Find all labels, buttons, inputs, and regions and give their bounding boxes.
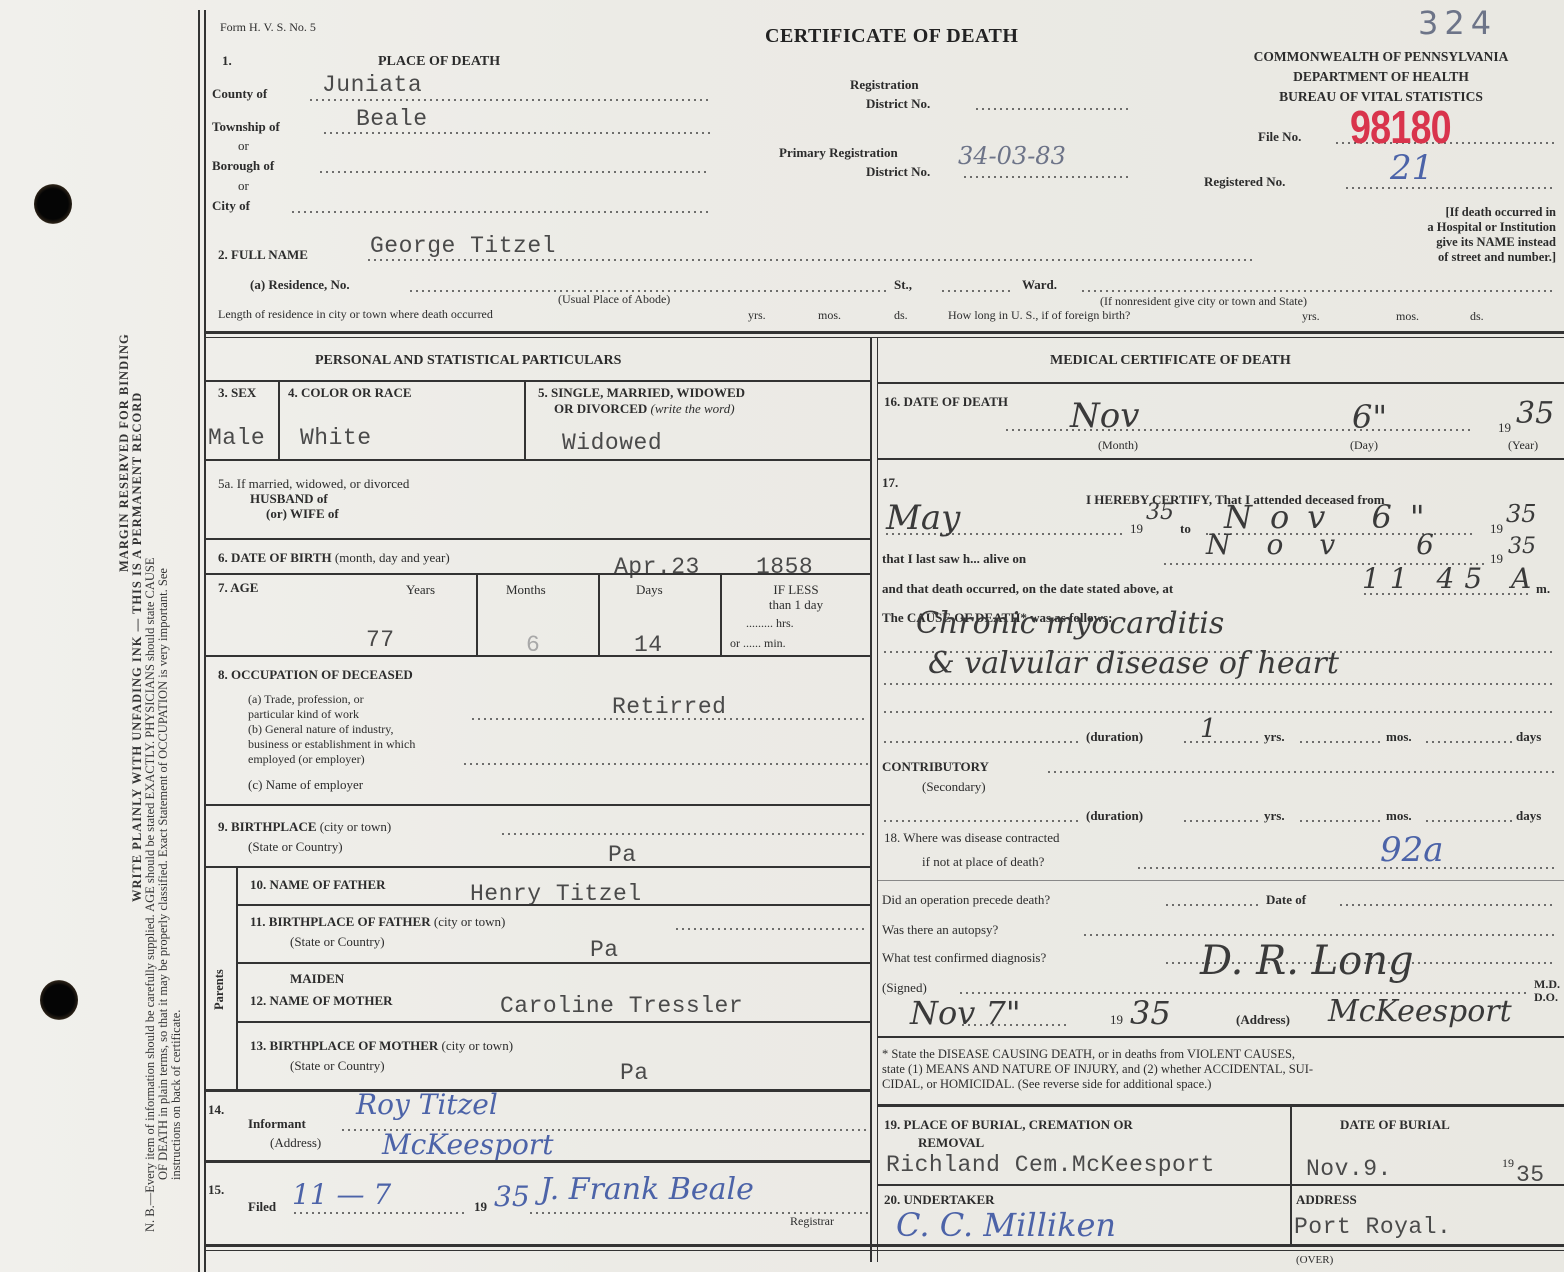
burial-place-value: Richland Cem.McKeesport <box>886 1152 1215 1178</box>
burial-date-value: Nov.9. <box>1306 1156 1392 1182</box>
usual-place-label: (Usual Place of Abode) <box>558 292 670 307</box>
attended-from-value: May <box>886 498 960 538</box>
informant-name-value: Roy Titzel <box>356 1088 498 1121</box>
father-birthplace-label-text: 11. BIRTHPLACE OF FATHER <box>250 914 431 929</box>
ward-label: Ward. <box>1022 277 1057 293</box>
registrar-label: Registrar <box>790 1214 834 1229</box>
attended-to-year-prefix: 19 <box>1490 521 1503 537</box>
contributory-dotted-line <box>1046 771 1554 773</box>
row-divider <box>206 538 870 540</box>
death-year-value: 35 <box>1516 396 1554 431</box>
cell-divider <box>524 382 526 460</box>
signed-date-value: Nov 7" <box>910 994 1021 1032</box>
age-label: 7. AGE <box>218 580 258 596</box>
hospital-note-line: of street and number.] <box>1352 250 1556 265</box>
age-years-value: 77 <box>366 627 395 653</box>
marital-label-divorced: OR DIVORCED <box>554 401 647 416</box>
burial-year-prefix: 19 <box>1502 1156 1514 1171</box>
birthplace-label: 9. BIRTHPLACE (city or town) <box>218 819 391 835</box>
binding-hole-bottom <box>40 980 78 1020</box>
filed-year-prefix: 19 <box>474 1199 487 1215</box>
hospital-note-line: give its NAME instead <box>1352 235 1556 250</box>
occupation-sublabels: (a) Trade, profession, or particular kin… <box>248 692 415 767</box>
file-no-label: File No. <box>1258 129 1301 145</box>
sex-label: 3. SEX <box>218 385 256 401</box>
file-no-stamp: 98180 <box>1350 100 1451 154</box>
row-divider <box>206 866 870 868</box>
residence-mos-label: mos. <box>818 308 841 323</box>
death-month-value: Nov <box>1070 396 1139 436</box>
duration-dotted-line <box>882 741 1082 743</box>
year-label: (Year) <box>1508 438 1538 453</box>
disease-contracted-dotted-line <box>1136 867 1554 869</box>
row-divider <box>236 904 870 906</box>
undertaker-address-label: ADDRESS <box>1296 1192 1357 1208</box>
row-divider <box>878 458 1564 460</box>
if-less-line-2: than 1 day <box>722 597 870 612</box>
contributory-label: CONTRIBUTORY <box>882 759 989 775</box>
mother-name-label: 12. NAME OF MOTHER <box>250 993 393 1009</box>
registrar-signature: J. Frank Beale <box>540 1172 754 1207</box>
secondary-days-label: days <box>1516 808 1541 824</box>
parents-divider <box>236 868 238 1090</box>
row-divider <box>878 1184 1564 1186</box>
agency-commonwealth: COMMONWEALTH OF PENNSYLVANIA <box>1206 47 1556 67</box>
cause-line-2: & valvular disease of heart <box>928 646 1339 681</box>
race-value: White <box>300 425 372 451</box>
test-label: What test confirmed diagnosis? <box>882 950 1046 966</box>
father-name-label: 10. NAME OF FATHER <box>250 877 386 893</box>
duration-mos-dotted-line <box>1298 741 1382 743</box>
personal-heading: PERSONAL AND STATISTICAL PARTICULARS <box>315 353 621 369</box>
mother-birthplace-value: Pa <box>620 1060 649 1086</box>
medical-heading: MEDICAL CERTIFICATE OF DEATH <box>1050 353 1291 369</box>
footnote-line: CIDAL, or HOMICIDAL. (See reverse side f… <box>882 1077 1313 1092</box>
residence-ds-label: ds. <box>894 308 908 323</box>
registered-no-label: Registered No. <box>1204 174 1285 190</box>
informant-label: Informant <box>248 1116 306 1132</box>
hrs-label: ......... hrs. <box>746 616 794 631</box>
date-of-death-label: 16. DATE OF DEATH <box>884 394 1008 410</box>
dob-label: 6. DATE OF BIRTH (month, day and year) <box>218 550 450 566</box>
spouse-label-husband: HUSBAND of <box>218 491 409 506</box>
signed-year-prefix: 19 <box>1110 1012 1123 1028</box>
or-label-1: or <box>238 138 249 154</box>
section-divider <box>206 331 1564 334</box>
primary-registration-label: Primary Registration <box>779 145 898 161</box>
residence-yrs-label: yrs. <box>748 308 766 323</box>
form-number: Form H. V. S. No. 5 <box>220 20 316 35</box>
dob-hint: (month, day and year) <box>335 550 450 565</box>
registered-no-dotted-line <box>1344 187 1556 189</box>
occ-b-line-3: employed (or employer) <box>248 752 415 767</box>
occupation-value: Retirred <box>612 694 726 720</box>
over-label: (OVER) <box>1296 1254 1333 1266</box>
street-dotted-line <box>940 290 1014 292</box>
attended-from-year: 35 <box>1146 500 1174 525</box>
township-value: Beale <box>356 106 428 132</box>
secondary-mos-dotted-line <box>1298 820 1382 822</box>
row-divider <box>878 1104 1564 1107</box>
if-less-label: IF LESS than 1 day <box>722 582 870 612</box>
primary-district-no-label: District No. <box>866 164 930 180</box>
registration-label: Registration <box>850 77 919 93</box>
mos-label: mos. <box>1386 729 1412 745</box>
informant-address-value: McKeesport <box>382 1128 553 1161</box>
document-title: CERTIFICATE OF DEATH <box>765 25 1018 48</box>
footnote-line: * State the DISEASE CAUSING DEATH, or in… <box>882 1047 1313 1062</box>
maiden-label: MAIDEN <box>290 971 344 987</box>
primary-district-dotted-line <box>962 176 1130 178</box>
item-17-number: 17. <box>882 475 898 491</box>
if-less-line-1: IF LESS <box>722 582 870 597</box>
m-label: m. <box>1536 581 1550 597</box>
secondary-duration-dotted-line <box>882 820 1082 822</box>
agency-block: COMMONWEALTH OF PENNSYLVANIA DEPARTMENT … <box>1206 47 1556 107</box>
attended-from-year-prefix: 19 <box>1130 521 1143 537</box>
hospital-note-line: [If death occurred in <box>1352 205 1556 220</box>
city-dotted-line <box>290 211 710 213</box>
birthplace-state-label: (State or Country) <box>248 839 343 855</box>
district-dotted-line <box>974 108 1130 110</box>
center-divider <box>877 337 878 1262</box>
row-divider <box>236 962 870 964</box>
mother-name-value: Caroline Tressler <box>500 993 743 1019</box>
township-dotted-line <box>322 132 710 134</box>
industry-dotted-line <box>462 763 868 765</box>
autopsy-dotted-line <box>1082 934 1554 936</box>
borough-label: Borough of <box>212 158 274 174</box>
birthplace-value: Pa <box>608 842 637 868</box>
occ-a-line-1: (a) Trade, profession, or <box>248 692 415 707</box>
spouse-label-line: 5a. If married, widowed, or divorced <box>218 476 409 491</box>
primary-district-value: 34-03-83 <box>958 142 1066 170</box>
burial-cell-divider <box>1290 1107 1292 1244</box>
handwritten-number: 324 <box>1418 4 1497 42</box>
mother-state-label: (State or Country) <box>290 1058 385 1074</box>
county-label: County of <box>212 86 267 102</box>
footnote-line: state (1) MEANS AND NATURE OF INJURY, an… <box>882 1062 1313 1077</box>
cause-footnote: * State the DISEASE CAUSING DEATH, or in… <box>882 1047 1313 1092</box>
margin-instructions: MARGIN RESERVED FOR BINDING WRITE PLAINL… <box>118 333 183 1232</box>
item-18-label: 18. Where was disease contracted <box>884 830 1060 846</box>
item-18-label-2: if not at place of death? <box>922 854 1044 870</box>
father-birthplace-hint: (city or town) <box>434 914 505 929</box>
do-label: D.O. <box>1534 991 1560 1004</box>
township-label: Township of <box>212 119 280 135</box>
item-1-number: 1. <box>222 53 232 69</box>
operation-label: Did an operation precede death? <box>882 892 1050 908</box>
residence-label: (a) Residence, No. <box>250 277 350 293</box>
secondary-mos-label: mos. <box>1386 808 1412 824</box>
marital-label: 5. SINGLE, MARRIED, WIDOWED <box>538 385 745 401</box>
marital-label-2: OR DIVORCED (write the word) <box>554 401 735 417</box>
center-divider <box>870 337 872 1262</box>
occ-b-line-1: (b) General nature of industry, <box>248 722 415 737</box>
marital-label-hint: (write the word) <box>651 401 735 416</box>
item-15-number: 15. <box>208 1182 224 1198</box>
cause-dotted-line-3 <box>882 711 1554 713</box>
marital-value: Widowed <box>562 430 662 456</box>
county-dotted-line <box>308 99 710 101</box>
death-occurred-label: and that death occurred, on the date sta… <box>882 581 1173 597</box>
place-of-death-heading: PLACE OF DEATH <box>378 54 500 70</box>
father-birthplace-value: Pa <box>590 937 619 963</box>
last-saw-date: Nov 6 <box>1206 528 1470 561</box>
full-name-dotted-line <box>366 259 1252 261</box>
burial-removal-label: REMOVAL <box>918 1135 984 1151</box>
days-label: Days <box>636 582 663 598</box>
month-label: (Month) <box>1098 438 1138 453</box>
undertaker-value: C. C. Milliken <box>896 1206 1116 1244</box>
operation-dotted-line <box>1164 904 1260 906</box>
row-divider <box>878 880 1564 881</box>
dob-year-value: 1858 <box>756 554 813 580</box>
months-label: Months <box>506 582 546 598</box>
full-name-value: George Titzel <box>370 233 556 259</box>
cause-dotted-line-2 <box>882 683 1554 685</box>
attended-to-year: 35 <box>1506 500 1537 528</box>
signed-year-value: 35 <box>1130 994 1171 1032</box>
father-birthplace-label: 11. BIRTHPLACE OF FATHER (city or town) <box>250 914 505 930</box>
nonresident-label: (If nonresident give city or town and St… <box>1100 294 1307 309</box>
certificate-page: MARGIN RESERVED FOR BINDING WRITE PLAINL… <box>0 0 1564 1272</box>
physician-address-value: McKeesport <box>1328 994 1512 1029</box>
registered-no-value: 21 <box>1390 148 1433 188</box>
mother-birthplace-hint: (city or town) <box>442 1038 513 1053</box>
district-no-label: District No. <box>866 96 930 112</box>
physician-signature: D. R. Long <box>1200 938 1414 984</box>
row-divider <box>206 804 870 806</box>
ward-dotted-line <box>1080 290 1556 292</box>
code-mark: 92a <box>1380 830 1444 870</box>
row-divider <box>878 382 1564 384</box>
days-label: days <box>1516 729 1541 745</box>
cause-line-1: Chronic myocarditis <box>916 606 1224 641</box>
secondary-yrs-dotted-line <box>1182 820 1262 822</box>
employer-label: (c) Name of employer <box>248 777 363 793</box>
agency-department: DEPARTMENT OF HEALTH <box>1206 67 1556 87</box>
spouse-label-wife: (or) WIFE of <box>218 506 409 521</box>
duration-yrs-dotted-line <box>1182 741 1262 743</box>
operation-date-label: Date of <box>1266 892 1306 908</box>
father-birthplace-dotted-line <box>674 928 868 930</box>
filed-year-value: 35 <box>494 1180 530 1213</box>
item-14-number: 14. <box>208 1102 224 1118</box>
birthplace-hint: (city or town) <box>320 819 391 834</box>
informant-address-label: (Address) <box>270 1135 321 1151</box>
secondary-yrs-label: yrs. <box>1264 808 1285 824</box>
occupation-label: 8. OCCUPATION OF DECEASED <box>218 667 413 683</box>
county-value: Juniata <box>322 72 422 98</box>
sex-value: Male <box>208 425 265 451</box>
occ-a-line-2: particular kind of work <box>248 707 415 722</box>
secondary-days-dotted-line <box>1424 820 1512 822</box>
md-do-labels: M.D. D.O. <box>1534 978 1560 1004</box>
occ-b-line-2: business or establishment in which <box>248 737 415 752</box>
filed-date-value: 11 — 7 <box>292 1178 391 1211</box>
row-divider <box>878 1036 1564 1038</box>
father-state-label: (State or Country) <box>290 934 385 950</box>
dob-value: Apr.23 <box>614 554 700 580</box>
birthplace-label-text: 9. BIRTHPLACE <box>218 819 317 834</box>
us-yrs-label: yrs. <box>1302 309 1320 324</box>
bottom-rule <box>206 1244 1564 1247</box>
duration-label: (duration) <box>1086 729 1143 745</box>
hospital-note: [If death occurred in a Hospital or Inst… <box>1352 205 1556 265</box>
row-divider <box>236 1021 870 1023</box>
street-label: St., <box>894 277 912 293</box>
left-frame-border <box>198 10 206 1272</box>
mother-birthplace-label-text: 13. BIRTHPLACE OF MOTHER <box>250 1038 438 1053</box>
margin-line-instructions: instructions on back of certificate. <box>170 333 183 1232</box>
duration-yrs-value: 1 <box>1200 714 1217 744</box>
years-label: Years <box>406 582 435 598</box>
race-label: 4. COLOR OR RACE <box>288 385 412 401</box>
cell-divider <box>598 575 600 655</box>
dob-label-text: 6. DATE OF BIRTH <box>218 550 332 565</box>
filed-label: Filed <box>248 1199 276 1215</box>
duration-days-dotted-line <box>1424 741 1512 743</box>
undertaker-address-value: Port Royal. <box>1294 1214 1451 1240</box>
row-divider <box>206 459 870 461</box>
yrs-label: yrs. <box>1264 729 1285 745</box>
burial-place-label: 19. PLACE OF BURIAL, CREMATION OR <box>884 1117 1133 1133</box>
binding-hole-top <box>34 184 72 224</box>
or-label-2: or <box>238 178 249 194</box>
length-of-residence-label: Length of residence in city or town wher… <box>218 307 493 322</box>
death-day-value: 6" <box>1352 398 1387 436</box>
mother-birthplace-label: 13. BIRTHPLACE OF MOTHER (city or town) <box>250 1038 513 1054</box>
burial-date-label: DATE OF BURIAL <box>1340 1117 1450 1133</box>
bottom-rule <box>206 1250 1564 1251</box>
row-divider <box>206 1160 870 1163</box>
us-ds-label: ds. <box>1470 309 1484 324</box>
us-mos-label: mos. <box>1396 309 1419 324</box>
autopsy-label: Was there an autopsy? <box>882 922 998 938</box>
filed-date-dotted-line <box>292 1212 468 1214</box>
secondary-duration-label: (duration) <box>1086 808 1143 824</box>
city-label: City of <box>212 198 250 214</box>
cell-divider <box>278 382 280 460</box>
row-divider <box>206 380 870 382</box>
physician-address-label: (Address) <box>1236 1012 1290 1028</box>
to-label: to <box>1180 521 1191 537</box>
signed-date-dotted-line <box>960 1024 1066 1026</box>
birthplace-dotted-line <box>500 833 868 835</box>
row-divider <box>206 655 870 657</box>
row-divider <box>206 573 870 575</box>
secondary-label: (Secondary) <box>922 779 986 795</box>
cell-divider <box>476 575 478 655</box>
borough-dotted-line <box>318 171 710 173</box>
day-label: (Day) <box>1350 438 1378 453</box>
how-long-us-label: How long in U. S., if of foreign birth? <box>948 308 1130 323</box>
last-saw-label: that I last saw h... alive on <box>882 551 1026 567</box>
min-label: or ...... min. <box>730 636 786 651</box>
spouse-label: 5a. If married, widowed, or divorced HUS… <box>218 476 409 521</box>
full-name-label: 2. FULL NAME <box>218 247 308 263</box>
row-divider <box>206 1089 870 1092</box>
death-time-value: 11 45 A <box>1362 562 1541 595</box>
operation-date-dotted-line <box>1338 904 1554 906</box>
parents-side-label: Parents <box>212 969 227 1010</box>
death-year-prefix: 19 <box>1498 420 1511 436</box>
hospital-note-line: a Hospital or Institution <box>1352 220 1556 235</box>
section-divider <box>206 337 1564 338</box>
last-saw-year: 35 <box>1508 534 1536 559</box>
